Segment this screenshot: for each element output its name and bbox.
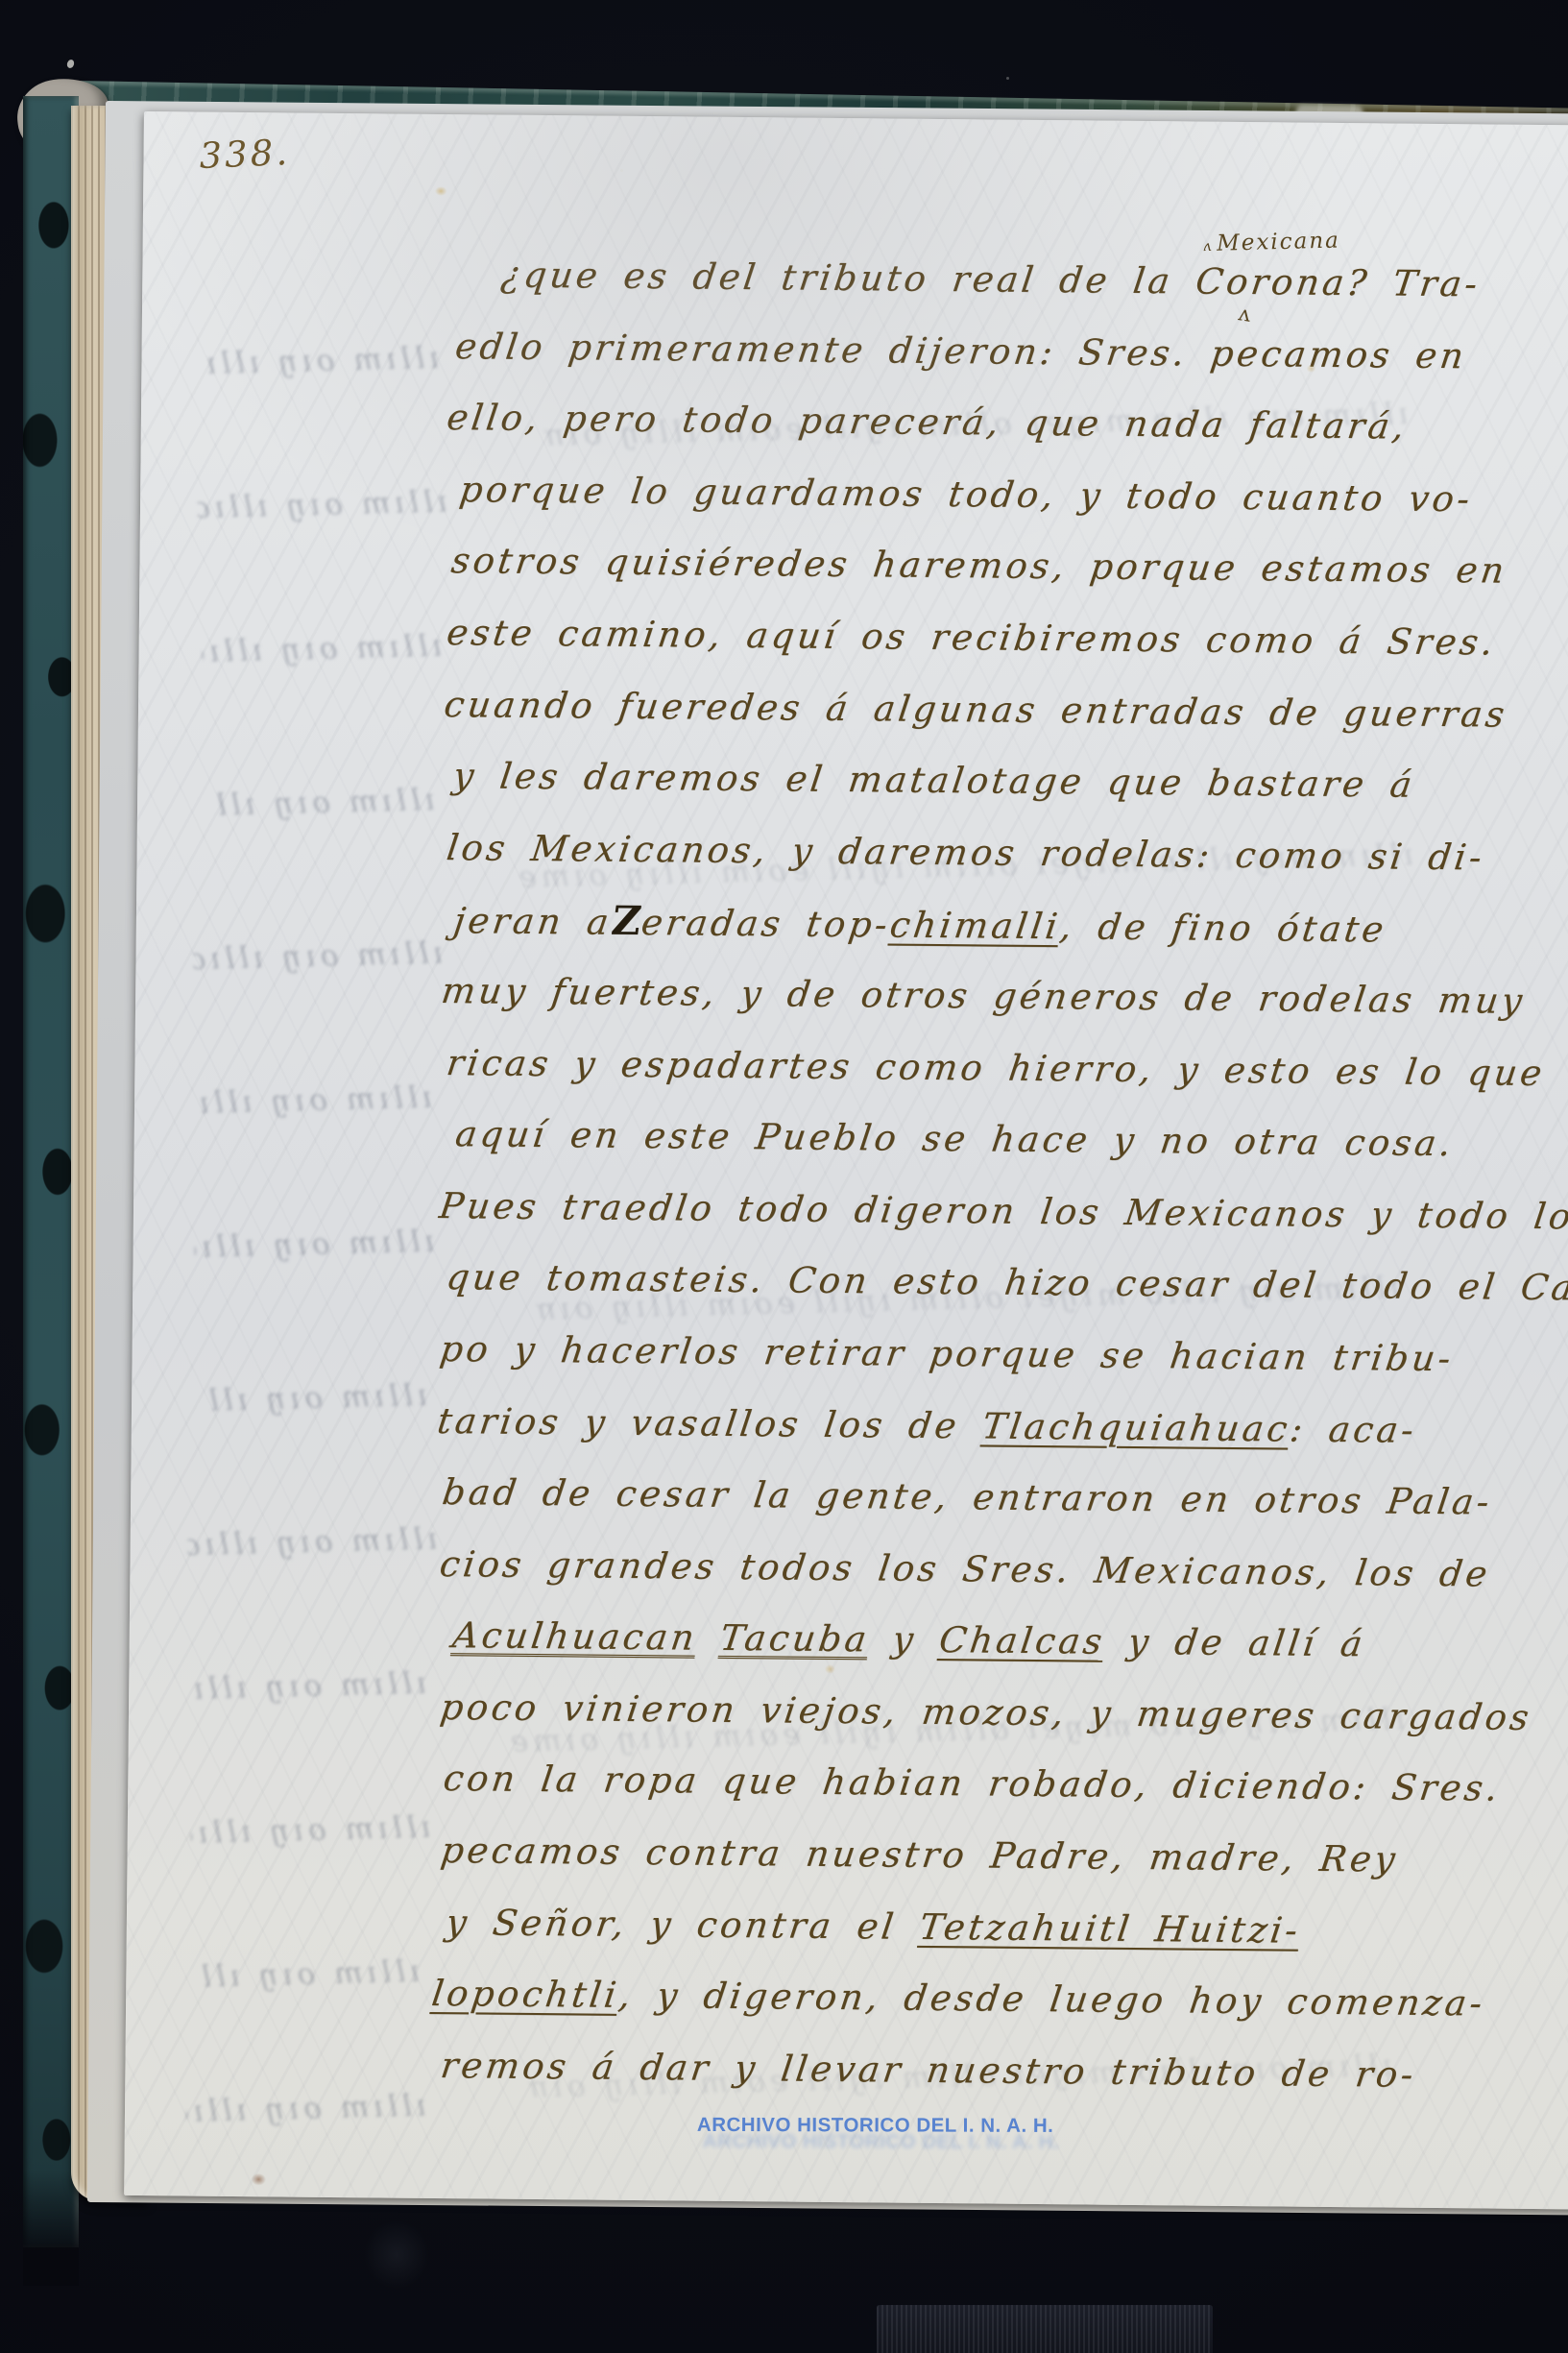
ghost-mark: ıllım oıŋ ıllıo mıŋeı ollım ıŋıll eoım ı… <box>202 629 443 679</box>
manuscript-line: ello, pero todo parecerá, que nada falta… <box>445 382 1521 464</box>
manuscript-line: con la ropa que habian robado, diciendo:… <box>431 1743 1508 1825</box>
manuscript-line: ricas y espadartes como hierro, y esto e… <box>438 1028 1514 1109</box>
manuscript-line: Aculhuacan Tacuba y Chalcas y de allí á <box>432 1600 1508 1682</box>
manuscript-line: porque lo guardamos todo, y todo cuanto … <box>444 454 1520 536</box>
manuscript-line: los Mexicanos, y daremos rodelas: como s… <box>440 813 1516 894</box>
manuscript-line: lopochtli, y digeron, desde luego hoy co… <box>429 1958 1506 2040</box>
manuscript-line: ¿que es del tributo real de la Corona? T… <box>446 239 1522 321</box>
manuscript-line: pecamos contra nuestro Padre, madre, Rey <box>430 1815 1507 1897</box>
manuscript-line: y Señor, y contra el Tetzahuitl Huitzi- <box>430 1887 1507 1969</box>
dust-speck <box>620 169 623 172</box>
ghost-mark: ıllım oıŋ ıllıo mıŋeı ollım ıŋıll eoım ı… <box>199 1954 421 2004</box>
manuscript-line: este camino, aquí os recibiremos como á … <box>442 597 1518 679</box>
manuscript-line: jeran aZeradas top-chimalli, de fino óta… <box>440 884 1516 965</box>
manuscript-line: po y hacerlos retirar porque se hacian t… <box>435 1314 1511 1395</box>
manuscript-line: tarios y vasallos los de Tlachquiahuac: … <box>435 1385 1511 1467</box>
archive-stamp: ARCHIVO HISTORICO DEL I. N. A. H. <box>697 2114 1054 2138</box>
ghost-mark: ıllım oıŋ ıllıo mıŋeı ollım ıŋıll eoım ı… <box>190 1810 431 1860</box>
manuscript-text: ¿que es del tributo real de la Corona? T… <box>428 239 1522 2112</box>
dust-speck <box>1006 77 1009 80</box>
manuscript-line: remos á dar y llevar nuestro tributo de … <box>428 2030 1505 2112</box>
manuscript-line: sotros quisiéredes haremos, porque estam… <box>443 525 1519 607</box>
ghost-mark: ıllım oıŋ ıllıo mıŋeı ollım ıŋıll eoım ı… <box>194 1225 435 1274</box>
manuscript-line: Pues traedlo todo digeron los Mexicanos … <box>437 1171 1513 1252</box>
manuscript-line: poco vinieron viejos, mozos, y mugeres c… <box>432 1672 1508 1754</box>
ghost-mark: ıllım oıŋ ıllıo mıŋeı ollım ıŋıll eoım ı… <box>185 2089 426 2139</box>
ghost-mark: ıllım oıŋ ıllıo mıŋeı ollım ıŋıll eoım ı… <box>193 936 444 987</box>
manuscript-page: ıllım oıŋ ıllıo mıŋeı ollım ıŋıll eoım ı… <box>124 111 1568 2209</box>
manuscript-line: bad de cesar la gente, entraron en otros… <box>434 1457 1510 1539</box>
ghost-mark: ıllım oıŋ ıllıo mıŋeı ollım ıŋıll eoım ı… <box>197 485 447 536</box>
manuscript-line: aquí en este Pueblo se hace y no otra co… <box>437 1099 1513 1180</box>
background-smudge <box>353 2209 440 2300</box>
dust-speck <box>66 59 76 69</box>
ghost-mark: ıllım oıŋ ıllıo mıŋeı ollım ıŋıll eoım ı… <box>196 1666 427 1716</box>
ghost-mark: ıllım oıŋ ıllıo mıŋeı ollım ıŋıll eoım ı… <box>202 1080 433 1130</box>
manuscript-line: muy fuertes, y de otros géneros de rodel… <box>439 956 1515 1037</box>
manuscript-line: que tomasteis. Con esto hizo cesar del t… <box>436 1242 1512 1323</box>
ghost-mark: ıllım oıŋ ıllıo mıŋeı ollım ıŋıll eoım ı… <box>187 1521 438 1572</box>
ghost-mark: ıllım oıŋ ıllıo mıŋeı ollım ıŋıll eoım ı… <box>214 783 436 833</box>
manuscript-line: cios grandes todos los Sres. Mexicanos, … <box>433 1529 1509 1611</box>
manuscript-line: cuando fueredes á algunas entradas de gu… <box>442 669 1518 751</box>
photo-of-manuscript: ıllım oıŋ ıllıo mıŋeı ollım ıŋıll eoım ı… <box>0 0 1568 2353</box>
ghost-mark: ıllım oıŋ ıllıo mıŋeı ollım ıŋıll eoım ı… <box>206 1378 428 1428</box>
fabric-strip <box>877 2305 1213 2353</box>
manuscript-line: y les daremos el matalotage que bastare … <box>441 740 1517 822</box>
manuscript-line: edlo primeramente dijeron: Sres. pecamos… <box>445 311 1521 393</box>
folio-number: 338. <box>199 132 291 177</box>
ghost-mark: ıllım oıŋ ıllıo mıŋeı ollım ıŋıll eoım ı… <box>208 341 440 391</box>
